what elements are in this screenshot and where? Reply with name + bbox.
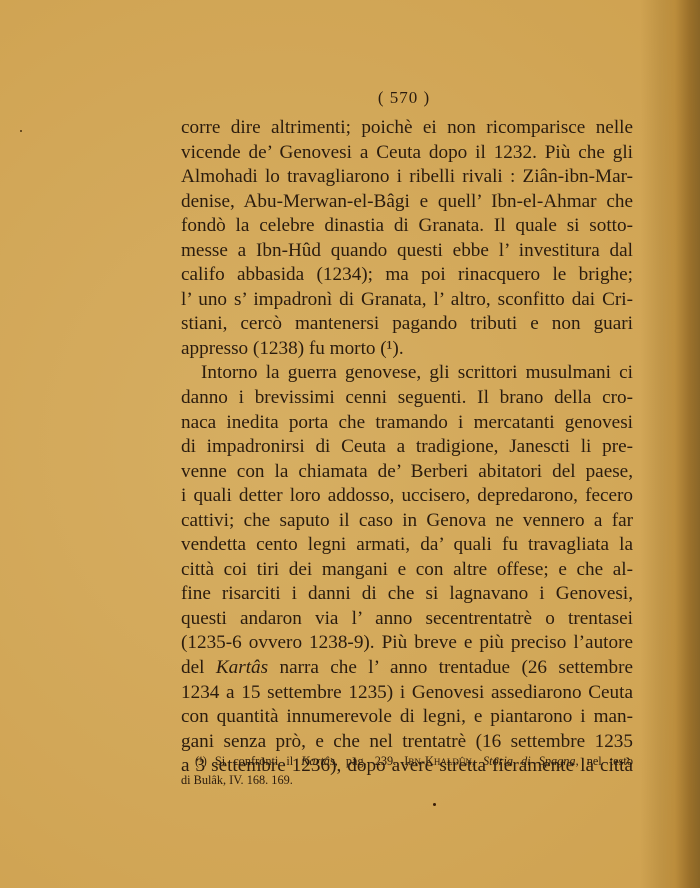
paragraph-start-line: Intorno la guerra genovese, gli scrittor… bbox=[181, 361, 633, 386]
scanned-book-page: ( 570 ) corre dire altrimenti; poichè ei… bbox=[0, 0, 700, 888]
text-line: venne con la chiamata de’ Berberi abitat… bbox=[181, 460, 633, 485]
text-line: califo abbasida (1234); ma poi rinacquer… bbox=[181, 263, 633, 288]
text-line: fondò la celebre dinastia di Granata. Il… bbox=[181, 214, 633, 239]
text-line: (1235-6 ovvero 1238-9). Più breve e più … bbox=[181, 631, 633, 656]
paper-speck bbox=[20, 130, 22, 132]
text-line: questi andaron via l’ anno secentrentatr… bbox=[181, 607, 633, 632]
body-text: corre dire altrimenti; poichè ei non ric… bbox=[181, 116, 633, 779]
text-line: messe a Ibn-Hûd quando questi ebbe l’ in… bbox=[181, 239, 633, 264]
line-prefix: del bbox=[181, 657, 216, 678]
text-line: l’ uno s’ impadronì di Granata, l’ altro… bbox=[181, 288, 633, 313]
text-line: città coi tiri dei mangani e con altre o… bbox=[181, 558, 633, 583]
text-line: gani senza prò, e che nel trentatrè (16 … bbox=[181, 730, 633, 755]
text-line: naca inedita porta che tramando i mercat… bbox=[181, 411, 633, 436]
text-line: stiani, cercò mantenersi pagando tributi… bbox=[181, 312, 633, 337]
footnote: (¹) Si confronti il Kartâs, pag. 239. Ib… bbox=[181, 752, 633, 790]
footnote-line: di Bulâk, IV. 168. 169. bbox=[181, 771, 633, 790]
footnote-text: , bbox=[472, 754, 483, 768]
footnote-author: Ibn-Khaldûn bbox=[404, 754, 472, 768]
text-line: denise, Abu-Merwan-el-Bâgi e quell’ Ibn-… bbox=[181, 190, 633, 215]
text-line: danno i brevissimi cenni seguenti. Il br… bbox=[181, 386, 633, 411]
footnote-text: Si confronti il bbox=[207, 754, 301, 768]
footnote-italic-title: Storia di Spagna bbox=[483, 754, 576, 768]
ink-dot bbox=[433, 803, 436, 806]
text-line: corre dire altrimenti; poichè ei non ric… bbox=[181, 116, 633, 141]
italic-title-kartas: Kartâs bbox=[216, 657, 268, 678]
text-line: vicende de’ Genovesi a Ceuta dopo il 123… bbox=[181, 141, 633, 166]
text-line: di impadronirsi di Ceuta a tradigione, J… bbox=[181, 435, 633, 460]
text-line: vendetta cento legni armati, da’ quali f… bbox=[181, 533, 633, 558]
text-line: i quali detter loro addosso, uccisero, d… bbox=[181, 484, 633, 509]
text-line: 1234 a 15 settembre 1235) i Genovesi ass… bbox=[181, 681, 633, 706]
line-suffix: narra che l’ anno trentadue (26 settembr… bbox=[268, 657, 633, 678]
footnote-text: , pag. 239. bbox=[335, 754, 405, 768]
text-line: Almohadi lo travagliarono i ribelli riva… bbox=[181, 165, 633, 190]
text-line: cattivi; che saputo il caso in Genova ne… bbox=[181, 509, 633, 534]
text-line-with-italic: del Kartâs narra che l’ anno trentadue (… bbox=[181, 656, 633, 681]
text-line: con quantità innumerevole di legni, e pi… bbox=[181, 705, 633, 730]
footnote-text: , nel testo bbox=[576, 754, 633, 768]
footnote-italic-kartas: Kartâs bbox=[301, 754, 335, 768]
text-line: fine risarciti i danni di che si lagnava… bbox=[181, 582, 633, 607]
page-number: ( 570 ) bbox=[0, 88, 700, 108]
footnote-marker: (¹) bbox=[195, 754, 207, 768]
footnote-line: (¹) Si confronti il Kartâs, pag. 239. Ib… bbox=[181, 752, 633, 771]
text-line: appresso (1238) fu morto (¹). bbox=[181, 337, 633, 362]
